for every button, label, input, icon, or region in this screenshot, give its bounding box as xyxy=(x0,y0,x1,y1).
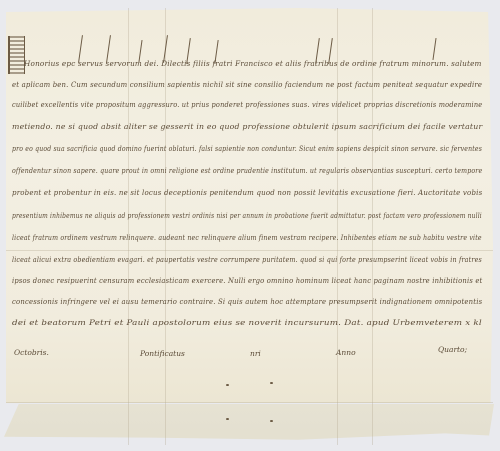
text-line: ipsos donec resipuerint censuram ecclesi… xyxy=(12,276,482,285)
seal-hole xyxy=(270,420,273,422)
text-line: concessionis infringere vel ei ausu teme… xyxy=(12,297,482,306)
fold-crease xyxy=(6,250,493,251)
fold-crease xyxy=(337,8,338,445)
fold-crease xyxy=(6,402,493,403)
fold-crease xyxy=(128,8,129,445)
text-line: cuilibet excellentis vite propositum agg… xyxy=(12,100,482,109)
text-line: metiendo. ne si quod absit aliter se ges… xyxy=(12,122,482,131)
text-line: pro eo quod sua sacrificia quod domino f… xyxy=(12,144,482,153)
seal-hole xyxy=(270,382,273,384)
text-line: Honorius epc servus servorum dei. Dilect… xyxy=(24,59,482,68)
text-line: dei et beatorum Petri et Pauli apostolor… xyxy=(12,318,482,327)
text-line: offendentur sinon sapere. quare prout in… xyxy=(12,166,482,175)
text-line: et aplicam ben. Cum secundum consilium s… xyxy=(12,80,482,89)
plica-fold xyxy=(4,404,494,446)
text-line: liceat fratrum ordinem vestrum relinquer… xyxy=(12,233,482,242)
dating-anno: Anno xyxy=(336,348,356,357)
fold-crease xyxy=(165,8,166,445)
dating-pontificatus: Pontificatus xyxy=(140,349,185,358)
text-line: presentium inhibemus ne aliquis ad profe… xyxy=(12,211,482,220)
dating-month: Octobris. xyxy=(14,348,49,357)
decorated-initial xyxy=(8,36,25,74)
text-line: probent et probentur in eis. ne sit locu… xyxy=(12,188,482,197)
dating-year: Quarto; xyxy=(438,345,467,354)
fold-crease xyxy=(372,8,373,445)
seal-hole xyxy=(226,384,229,386)
seal-hole xyxy=(226,418,229,420)
text-line: liceat alicui extra obedientiam evagari.… xyxy=(12,255,482,264)
dating-nostri: nri xyxy=(250,349,261,358)
